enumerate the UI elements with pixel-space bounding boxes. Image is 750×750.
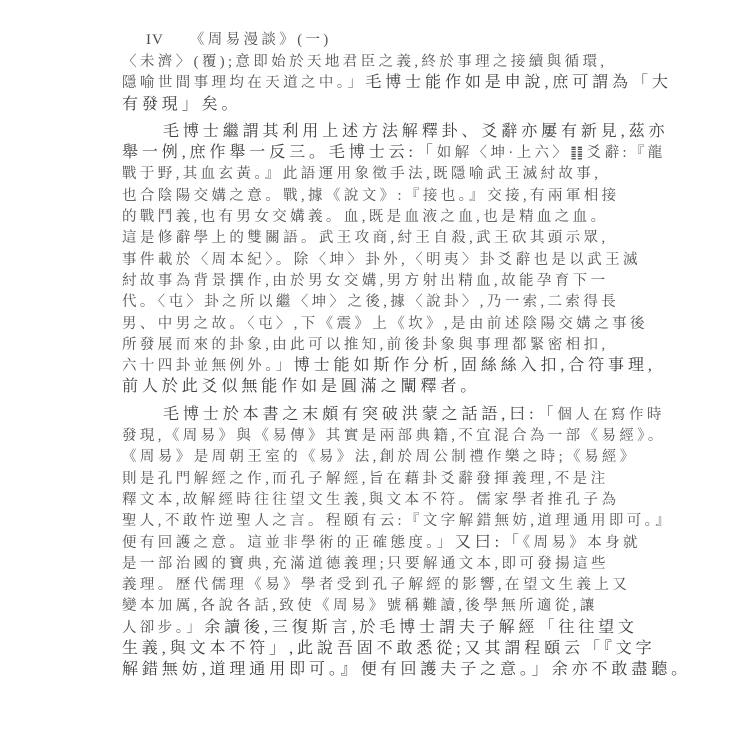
paragraph: 毛博士於本書之末頗有突破洪蒙之話語,曰:「個人在寫作時發現,《周易》與《易傳》其… — [122, 404, 644, 681]
text-line: 〈未濟〉(覆);意即始於天地君臣之義,終於事理之接續與循環, — [122, 51, 644, 72]
text-segment: 變本加厲,各說各話,致使《周易》號稱難讀,後學無所適從,讓 — [122, 598, 598, 614]
text-segment: 生義,與文本不符」,此說吾固不敢悉從;又其謂程頤云「『文字 — [122, 640, 656, 657]
page-number: IV — [146, 32, 164, 48]
text-segment: 余讀後,三復斯言,於毛博士謂夫子解經「往往望文 — [204, 619, 638, 636]
text-line: 人卻步。」余讀後,三復斯言,於毛博士謂夫子解經「往往望文 — [122, 617, 644, 638]
page-body: 〈未濟〉(覆);意即始於天地君臣之義,終於事理之接續與循環,隱喻世間事理均在天道… — [122, 51, 644, 681]
text-segment: 便有回護之意。這並非學術的正確態度。」 — [122, 535, 455, 551]
text-line: 毛博士繼謂其利用上述方法解釋卦、爻辭亦屢有新見,茲亦 — [122, 121, 644, 142]
text-segment: 有發現」矣。 — [122, 96, 241, 113]
text-line: 所發展而來的卦象,由此可以推知,前後卦象與事理都緊密相扣, — [122, 334, 644, 355]
text-segment: 如解〈坤·上六〉䷁爻辭:『龍 — [437, 145, 666, 161]
text-line: 聖人,不敢忤逆聖人之言。程頤有云:『文字解錯無妨,道理通用即可。』 — [122, 510, 644, 531]
text-line: 隱喻世間事理均在天道之中。」毛博士能作如是申說,庶可謂為「大 — [122, 72, 644, 93]
text-segment: 釋文本,故解經時往往望文生義,與文本不符。儒家學者推孔子為 — [122, 492, 619, 508]
text-segment: 事件載於〈周本紀〉。除〈坤〉卦外,〈明夷〉卦爻辭也是以武王滅 — [122, 252, 641, 268]
text-line: 發現,《周易》與《易傳》其實是兩部典籍,不宜混合為一部《易經》。 — [122, 425, 644, 446]
text-segment: 這是修辭學上的雙關語。武王攻商,紂王自殺,武王砍其頭示眾, — [122, 230, 608, 246]
text-segment: 所發展而來的卦象,由此可以推知,前後卦象與事理都緊密相扣, — [122, 337, 608, 353]
text-line: 的戰鬥義,也有男女交媾義。血,既是血液之血,也是精血之血。 — [122, 206, 644, 227]
text-segment: 義理。歷代儒理《易》學者受到孔子解經的影響,在望文生義上又 — [122, 577, 630, 593]
text-line: 舉一例,庶作舉一反三。毛博士云:「如解〈坤·上六〉䷁爻辭:『龍 — [122, 142, 644, 163]
text-line: 便有回護之意。這並非學術的正確態度。」又曰:「《周易》本身就 — [122, 532, 644, 553]
paragraph: 毛博士繼謂其利用上述方法解釋卦、爻辭亦屢有新見,茲亦舉一例,庶作舉一反三。毛博士… — [122, 121, 644, 398]
text-line: 毛博士於本書之末頗有突破洪蒙之話語,曰:「個人在寫作時 — [122, 404, 644, 425]
text-line: 代。〈屯〉卦之所以繼〈坤〉之後,據〈說卦〉,乃一索,二索得長 — [122, 291, 644, 312]
text-line: 變本加厲,各說各話,致使《周易》號稱難讀,後學無所適從,讓 — [122, 595, 644, 616]
text-segment: 戰于野,其血玄黃。』此語運用象徵手法,既隱喻武王滅紂故事, — [122, 166, 601, 182]
book-page: IV 《周易漫談》(一) 〈未濟〉(覆);意即始於天地君臣之義,終於事理之接續與… — [0, 0, 750, 750]
text-segment: 《周易》是周朝王室的《易》法,創於周公制禮作樂之時;《易經》 — [122, 449, 638, 465]
text-segment: 博士能如斯作分析,固絲絲入扣,合符事理, — [294, 357, 656, 374]
text-line: 這是修辭學上的雙關語。武王攻商,紂王自殺,武王砍其頭示眾, — [122, 227, 644, 248]
text-line: 義理。歷代儒理《易》學者受到孔子解經的影響,在望文生義上又 — [122, 574, 644, 595]
text-segment: 又曰:「 — [455, 534, 523, 551]
text-line: 紂故事為背景撰作,由於男女交媾,男方射出精血,故能孕育下一 — [122, 270, 644, 291]
text-line: 解錯無妨,道理通用即可。』便有回護夫子之意。」余亦不敢盡聽。 — [122, 659, 644, 680]
text-segment: 個人在寫作時 — [557, 407, 664, 423]
text-segment: 也合陰陽交媾之意。戰,據《說文》:『接也。』交接,有兩軍相接 — [122, 188, 620, 204]
text-segment: 《周易》本身就 — [523, 535, 641, 551]
text-segment: 解錯無妨,道理通用即可。』便有回護夫子之意。」余亦不敢盡聽。 — [122, 661, 691, 678]
text-line: 六十四卦並無例外。」博士能如斯作分析,固絲絲入扣,合符事理, — [122, 355, 644, 376]
text-segment: 代。〈屯〉卦之所以繼〈坤〉之後,據〈說卦〉,乃一索,二索得長 — [122, 294, 619, 310]
text-segment: 人卻步。」 — [122, 620, 204, 636]
text-line: 釋文本,故解經時往往望文生義,與文本不符。儒家學者推孔子為 — [122, 489, 644, 510]
text-segment: 〈未濟〉(覆);意即始於天地君臣之義,終於事理之接續與循環, — [122, 54, 607, 70]
text-segment: 的戰鬥義,也有男女交媾義。血,既是血液之血,也是精血之血。 — [122, 209, 608, 225]
running-header: IV 《周易漫談》(一) — [146, 30, 332, 50]
text-line: 也合陰陽交媾之意。戰,據《說文》:『接也。』交接,有兩軍相接 — [122, 185, 644, 206]
text-segment: 是一部治國的寶典,充滿道德義理;只要解通文本,即可發揚這些 — [122, 556, 609, 572]
text-segment: 六十四卦並無例外。」 — [122, 358, 294, 374]
text-segment: 則是孔門解經之作,而孔子解經,旨在藉卦爻辭發揮義理,不是注 — [122, 471, 608, 487]
text-segment: 毛博士能作如是申說,庶可謂為「大 — [365, 74, 671, 91]
text-line: 生義,與文本不符」,此說吾固不敢悉從;又其謂程頤云「『文字 — [122, 638, 644, 659]
text-segment: 毛博士繼謂其利用上述方法解釋卦、爻辭亦屢有新見,茲亦 — [163, 123, 668, 140]
text-line: 男、中男之故。〈屯〉,下《震》上《坎》,是由前述陰陽交媾之事後 — [122, 313, 644, 334]
text-line: 前人於此爻似無能作如是圓滿之闡釋者。 — [122, 376, 644, 397]
text-segment: 紂故事為背景撰作,由於男女交媾,男方射出精血,故能孕育下一 — [122, 273, 608, 289]
text-line: 有發現」矣。 — [122, 94, 644, 115]
text-line: 戰于野,其血玄黃。』此語運用象徵手法,既隱喻武王滅紂故事, — [122, 163, 644, 184]
text-segment: 毛博士於本書之末頗有突破洪蒙之話語,曰:「 — [163, 406, 557, 423]
text-segment: 前人於此爻似無能作如是圓滿之闡釋者。 — [122, 378, 480, 395]
text-line: 則是孔門解經之作,而孔子解經,旨在藉卦爻辭發揮義理,不是注 — [122, 468, 644, 489]
text-segment: 發現,《周易》與《易傳》其實是兩部典籍,不宜混合為一部《易經》。 — [122, 428, 666, 444]
paragraph: 〈未濟〉(覆);意即始於天地君臣之義,終於事理之接續與循環,隱喻世間事理均在天道… — [122, 51, 644, 115]
text-line: 《周易》是周朝王室的《易》法,創於周公制禮作樂之時;《易經》 — [122, 446, 644, 467]
text-segment: 舉一例,庶作舉一反三。毛博士云:「 — [122, 144, 437, 161]
text-segment: 男、中男之故。〈屯〉,下《震》上《坎》,是由前述陰陽交媾之事後 — [122, 316, 648, 332]
text-segment: 聖人,不敢忤逆聖人之言。程頤有云:『文字解錯無妨,道理通用即可。』 — [122, 513, 673, 529]
text-line: 是一部治國的寶典,充滿道德義理;只要解通文本,即可發揚這些 — [122, 553, 644, 574]
text-line: 事件載於〈周本紀〉。除〈坤〉卦外,〈明夷〉卦爻辭也是以武王滅 — [122, 249, 644, 270]
text-segment: 隱喻世間事理均在天道之中。」 — [122, 75, 365, 91]
book-title: 《周易漫談》(一) — [190, 32, 332, 48]
